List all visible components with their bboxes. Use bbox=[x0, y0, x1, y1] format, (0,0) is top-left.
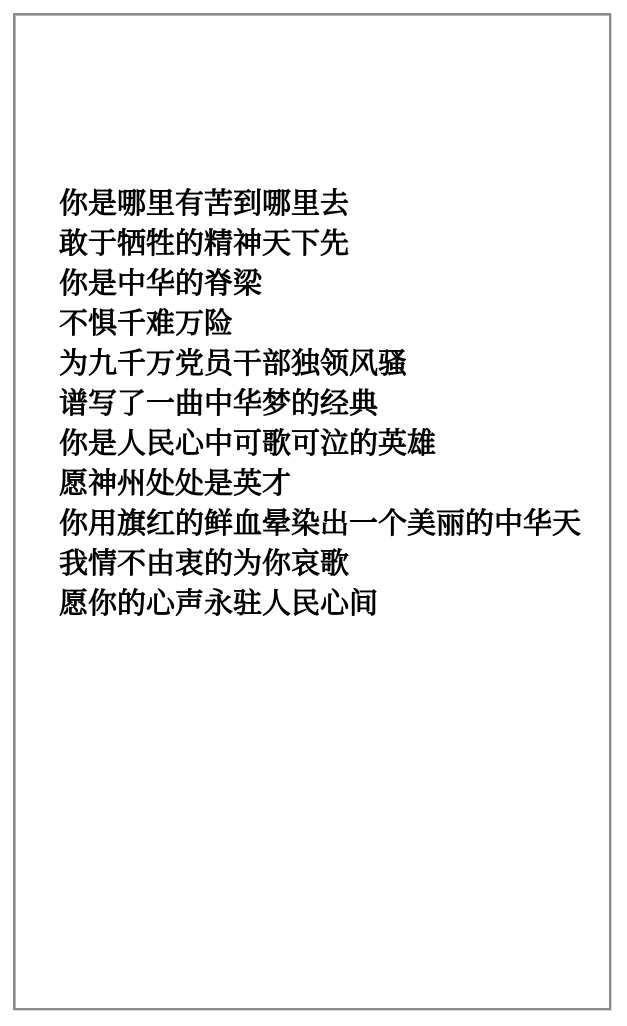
poem-line: 我情不由衷的为你哀歌 bbox=[59, 543, 611, 583]
poem-line: 你用旗红的鲜血晕染出一个美丽的中华天 bbox=[59, 503, 611, 543]
poem-text-block: 你是哪里有苦到哪里去 敢于牺牲的精神天下先 你是中华的脊梁 不惧千难万险 为九千… bbox=[59, 183, 611, 623]
page-frame: 你是哪里有苦到哪里去 敢于牺牲的精神天下先 你是中华的脊梁 不惧千难万险 为九千… bbox=[13, 13, 611, 1010]
poem-line: 愿你的心声永驻人民心间 bbox=[59, 583, 611, 623]
poem-line: 谱写了一曲中华梦的经典 bbox=[59, 383, 611, 423]
poem-line: 你是哪里有苦到哪里去 bbox=[59, 183, 611, 223]
poem-line: 愿神州处处是英才 bbox=[59, 463, 611, 503]
poem-line: 不惧千难万险 bbox=[59, 303, 611, 343]
document-canvas: 你是哪里有苦到哪里去 敢于牺牲的精神天下先 你是中华的脊梁 不惧千难万险 为九千… bbox=[0, 0, 627, 1026]
poem-line: 敢于牺牲的精神天下先 bbox=[59, 223, 611, 263]
poem-line: 你是人民心中可歌可泣的英雄 bbox=[59, 423, 611, 463]
poem-line: 你是中华的脊梁 bbox=[59, 263, 611, 303]
poem-line: 为九千万党员干部独领风骚 bbox=[59, 343, 611, 383]
